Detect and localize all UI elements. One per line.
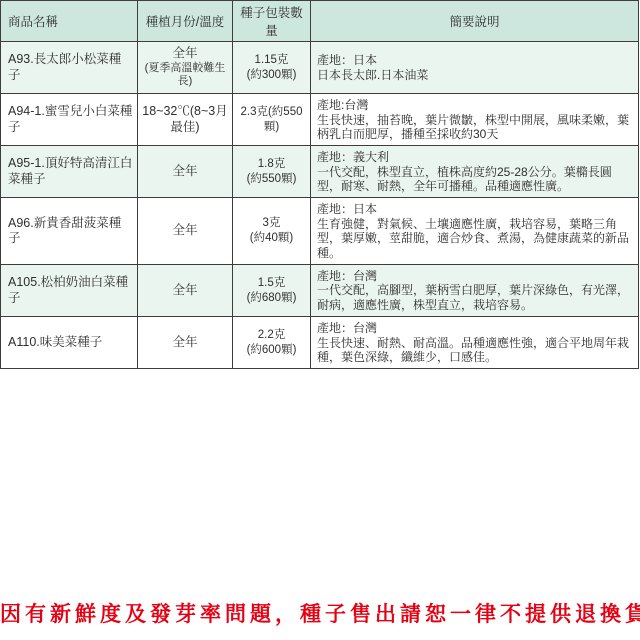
quantity-value: 2.2克 [234,328,309,343]
quantity-value: 2.3克(約550顆) [234,105,309,135]
planting-season-cell: 全年 [138,265,233,317]
planting-season-cell: 18~32℃(8~3月最佳) [138,94,233,146]
description-cell: 產地:台灣 生長快速，抽苔晚，葉片微皺，株型中開展，風味柔嫩，葉柄乳白而肥厚，播… [311,94,639,146]
quantity-note: (約600顆) [234,343,309,358]
product-name: A95-1.頂好特高清江白菜種子 [8,156,132,186]
product-name-cell: A95-1.頂好特高清江白菜種子 [1,146,138,198]
package-quantity-cell: 3克 (約40顆) [233,198,311,265]
planting-season-cell: 全年 [138,146,233,198]
description-cell: 產地：台灣 生長快速、耐熱、耐高溫。品種適應性強，適合平地周年栽種，葉色深綠，纖… [311,317,639,369]
description-text: 生長快速、耐熱、耐高溫。品種適應性強，適合平地周年栽種，葉色深綠，纖維少，口感佳… [317,336,632,365]
package-quantity-cell: 2.2克 (約600顆) [233,317,311,369]
product-name: A110.味美菜種子 [8,335,102,349]
header-description: 簡要說明 [311,1,639,42]
origin-line: 產地：日本 [317,202,632,216]
header-planting-season: 種植月份/溫度 [138,1,233,42]
product-name: A96.新貴香甜菠菜種子 [8,216,121,246]
table-row: A105.松柏奶油白菜種子 全年 1.5克 (約680顆) 產地：台灣 一代交配… [1,265,639,317]
table-row: A95-1.頂好特高清江白菜種子 全年 1.8克 (約550顆) 產地：義大利 … [1,146,639,198]
package-quantity-cell: 1.15克 (約300顆) [233,42,311,94]
product-name: A94-1.蜜雪兒小白菜種子 [8,104,132,134]
description-text: 日本長太郎.日本油菜 [317,68,632,82]
product-name: A93.長太郎小松菜種子 [8,52,121,82]
quantity-value: 3克 [234,216,309,231]
seed-product-table: 商品名稱 種植月份/溫度 種子包裝數量 簡要說明 A93.長太郎小松菜種子 全年… [0,0,639,369]
description-text: 一代交配，高腳型，葉柄雪白肥厚，葉片深綠色，有光澤，耐病，適應性廣，株型直立，栽… [317,283,632,312]
quantity-note: (約550顆) [234,172,309,187]
table-row: A96.新貴香甜菠菜種子 全年 3克 (約40顆) 產地：日本 生育強健，對氣候… [1,198,639,265]
origin-line: 產地：日本 [317,53,632,67]
season-value: 全年 [140,164,230,180]
description-text: 一代交配，株型直立，植株高度約25-28公分。葉橢長圓型，耐寒、耐熱，全年可播種… [317,165,632,194]
origin-line: 產地：台灣 [317,321,632,335]
no-return-notice: 因有新鮮度及發芽率問題，種子售出請恕一律不提供退換貨 [0,598,640,628]
header-package-quantity: 種子包裝數量 [233,1,311,42]
product-name-cell: A110.味美菜種子 [1,317,138,369]
product-name-cell: A96.新貴香甜菠菜種子 [1,198,138,265]
quantity-value: 1.5克 [234,276,309,291]
quantity-note: (約300顆) [234,68,309,83]
package-quantity-cell: 2.3克(約550顆) [233,94,311,146]
table-row: A93.長太郎小松菜種子 全年 (夏季高溫較難生長) 1.15克 (約300顆)… [1,42,639,94]
planting-season-cell: 全年 (夏季高溫較難生長) [138,42,233,94]
description-cell: 產地：台灣 一代交配，高腳型，葉柄雪白肥厚，葉片深綠色，有光澤，耐病，適應性廣，… [311,265,639,317]
description-cell: 產地：義大利 一代交配，株型直立，植株高度約25-28公分。葉橢長圓型，耐寒、耐… [311,146,639,198]
planting-season-cell: 全年 [138,317,233,369]
quantity-note: (約40顆) [234,231,309,246]
season-value: 全年 [140,46,230,62]
quantity-value: 1.8克 [234,157,309,172]
description-text: 生育強健，對氣候、土壤適應性廣，栽培容易，葉略三角型，葉厚嫩，莖甜脆，適合炒食、… [317,217,632,260]
product-name-cell: A93.長太郎小松菜種子 [1,42,138,94]
origin-line: 產地:台灣 [317,98,632,112]
season-value: 全年 [140,223,230,239]
package-quantity-cell: 1.5克 (約680顆) [233,265,311,317]
table-row: A94-1.蜜雪兒小白菜種子 18~32℃(8~3月最佳) 2.3克(約550顆… [1,94,639,146]
table-row: A110.味美菜種子 全年 2.2克 (約600顆) 產地：台灣 生長快速、耐熱… [1,317,639,369]
season-value: 全年 [140,283,230,299]
description-cell: 產地：日本 日本長太郎.日本油菜 [311,42,639,94]
season-note: (夏季高溫較難生長) [140,62,230,90]
table-header-row: 商品名稱 種植月份/溫度 種子包裝數量 簡要說明 [1,1,639,42]
origin-line: 產地：台灣 [317,269,632,283]
season-value: 18~32℃(8~3月最佳) [140,104,230,135]
product-name: A105.松柏奶油白菜種子 [8,275,128,305]
origin-line: 產地：義大利 [317,150,632,164]
product-name-cell: A94-1.蜜雪兒小白菜種子 [1,94,138,146]
description-text: 生長快速，抽苔晚，葉片微皺，株型中開展，風味柔嫩，葉柄乳白而肥厚，播種至採收約3… [317,113,632,142]
description-cell: 產地：日本 生育強健，對氣候、土壤適應性廣，栽培容易，葉略三角型，葉厚嫩，莖甜脆… [311,198,639,265]
quantity-value: 1.15克 [234,53,309,68]
season-value: 全年 [140,335,230,351]
package-quantity-cell: 1.8克 (約550顆) [233,146,311,198]
product-name-cell: A105.松柏奶油白菜種子 [1,265,138,317]
header-product-name: 商品名稱 [1,1,138,42]
quantity-note: (約680顆) [234,291,309,306]
planting-season-cell: 全年 [138,198,233,265]
